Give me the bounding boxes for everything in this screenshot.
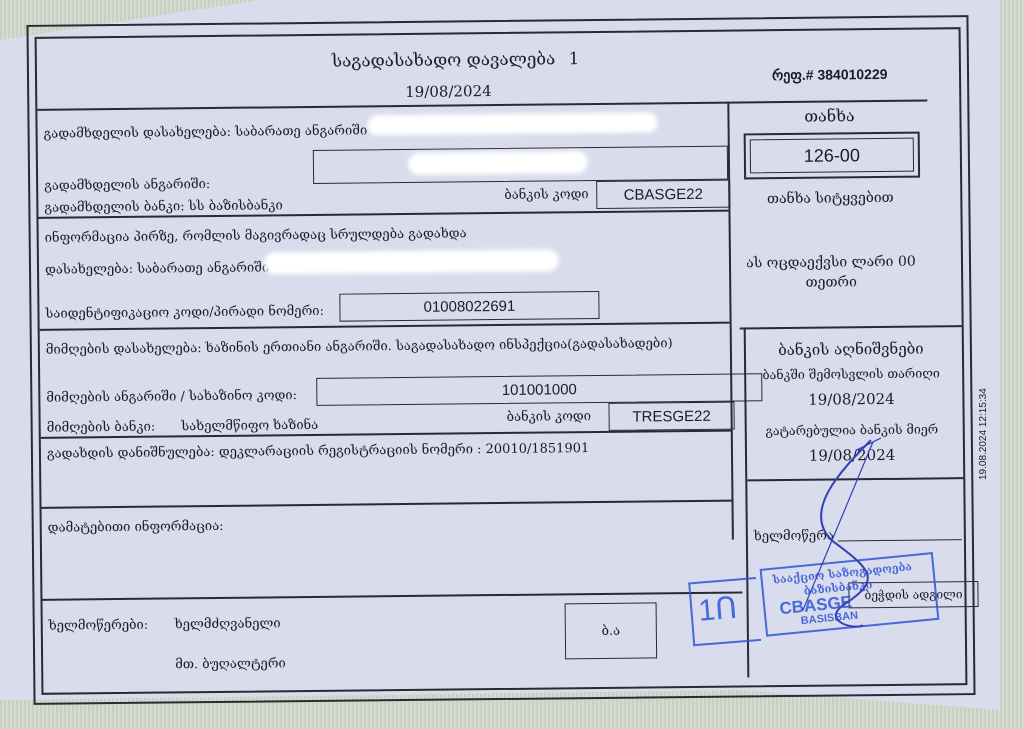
signatures-label: ხელმოწერები: [49, 618, 149, 634]
document-title-text: საგადასახადო დავალება [332, 49, 556, 71]
document-inner-frame: საგადასახადო დავალება 1 19/08/2024 რეფ.#… [35, 27, 968, 695]
on-behalf-heading: ინფორმაცია პირზე, რომლის მაგივრადაც სრულ… [45, 226, 467, 245]
on-behalf-name-value: საბარათე ანგარიში [137, 260, 269, 276]
side-timestamp: 19.08.2024 12:15:34 [978, 388, 989, 480]
amount-words-line1: ას ოცდაექვსი ლარი 00 [731, 253, 931, 271]
payer-account-label: გადამხდელის ანგარიში: [44, 177, 210, 194]
payer-bank-value: სს ბაზისბანკი [189, 198, 283, 214]
recipient-account-label: მიმღების ანგარიში / სახაზინო კოდი: [46, 388, 297, 406]
recipient-bank-code-label: ბანკის კოდი [507, 409, 592, 425]
right-column-divider [727, 102, 734, 540]
on-behalf-id-label: საიდენტიფიკაციო კოდი/პირადი ნომერი: [45, 304, 324, 322]
recipient-bank-label: მიმღების ბანკი: [47, 420, 156, 436]
received-date: 19/08/2024 [740, 389, 962, 409]
payer-bank-code-label: ბანკის კოდი [504, 187, 589, 203]
amount-words-line2: თეთრი [731, 273, 931, 291]
payer-bank-label: გადამხდელის ბანკი: [44, 199, 184, 215]
on-behalf-name-label: დასახელება: [45, 262, 133, 278]
on-behalf-id-box: 01008022691 [339, 291, 599, 322]
reference-label: რეფ.# [772, 67, 814, 83]
purpose-value: დეკლარაციის რეგისტრაციის ნომერი : 20010/… [219, 441, 589, 460]
purpose-row: გადახდის დანიშნულება: დეკლარაციის რეგისტ… [47, 441, 589, 462]
bank-notes-heading: ბანკის აღნიშვნები [740, 339, 962, 359]
seal-box: ბ.ა [565, 602, 658, 659]
redacted-on-behalf-name [264, 249, 559, 274]
amount-value: 126-00 [750, 138, 914, 174]
amount-words-label: თანხა სიტყვებით [730, 189, 930, 207]
additional-info-label: დამატებითი ინფორმაცია: [48, 519, 224, 536]
on-behalf-divider [40, 322, 730, 331]
recipient-bank-row: მიმღების ბანკი: სახელმწიფო ხაზინა [47, 418, 319, 436]
amount-label: თანხა [729, 106, 929, 127]
handwritten-signature [761, 429, 963, 651]
payer-bank-row: გადამხდელის ბანკი: სს ბაზისბანკი [44, 198, 283, 215]
amount-box: 126-00 [744, 132, 920, 180]
received-label: ბანკში შემოსვლის თარიღი [740, 365, 962, 382]
purpose-divider [42, 500, 732, 509]
additional-divider [42, 591, 742, 600]
reference-number: 384010229 [817, 66, 887, 83]
stamp-left-digits: 1Ո [697, 591, 738, 629]
payer-bank-code: CBASGE22 [596, 180, 730, 209]
amount-divider [740, 325, 962, 329]
payer-name-row: გადამხდელის დასახელება: საბარათე ანგარიშ… [44, 123, 368, 141]
recipient-name-value: ხაზინის ერთიანი ანგარიში. საგადასახადო ი… [206, 336, 673, 356]
redacted-payer-account [408, 151, 588, 175]
accountant-label: მთ. ბუღალტერი [175, 656, 286, 672]
payer-name-value: საბარათე ანგარიში [235, 123, 367, 139]
document-date: 19/08/2024 [405, 82, 492, 101]
director-label: ხელმძღვანელი [175, 616, 281, 632]
document-title: საგადასახადო დავალება 1 [332, 49, 580, 72]
recipient-bank-code: TRESGE22 [608, 402, 734, 431]
document-number: 1 [569, 49, 580, 69]
recipient-name-label: მიმღების დასახელება: [46, 341, 202, 358]
payer-name-label: გადამხდელის დასახელება: [44, 125, 232, 142]
recipient-name-row: მიმღების დასახელება: ხაზინის ერთიანი ანგ… [46, 336, 673, 358]
on-behalf-name-row: დასახელება: საბარათე ანგარიში [45, 260, 269, 277]
redacted-payer-name [367, 112, 657, 135]
stamp-left-part: 1Ո [688, 577, 761, 646]
purpose-label: გადახდის დანიშნულება: [47, 445, 215, 462]
document-frame: საგადასახადო დავალება 1 19/08/2024 რეფ.#… [26, 15, 975, 705]
reference: რეფ.# 384010229 [772, 66, 888, 84]
recipient-bank-value: სახელმწიფო ხაზინა [181, 418, 318, 434]
